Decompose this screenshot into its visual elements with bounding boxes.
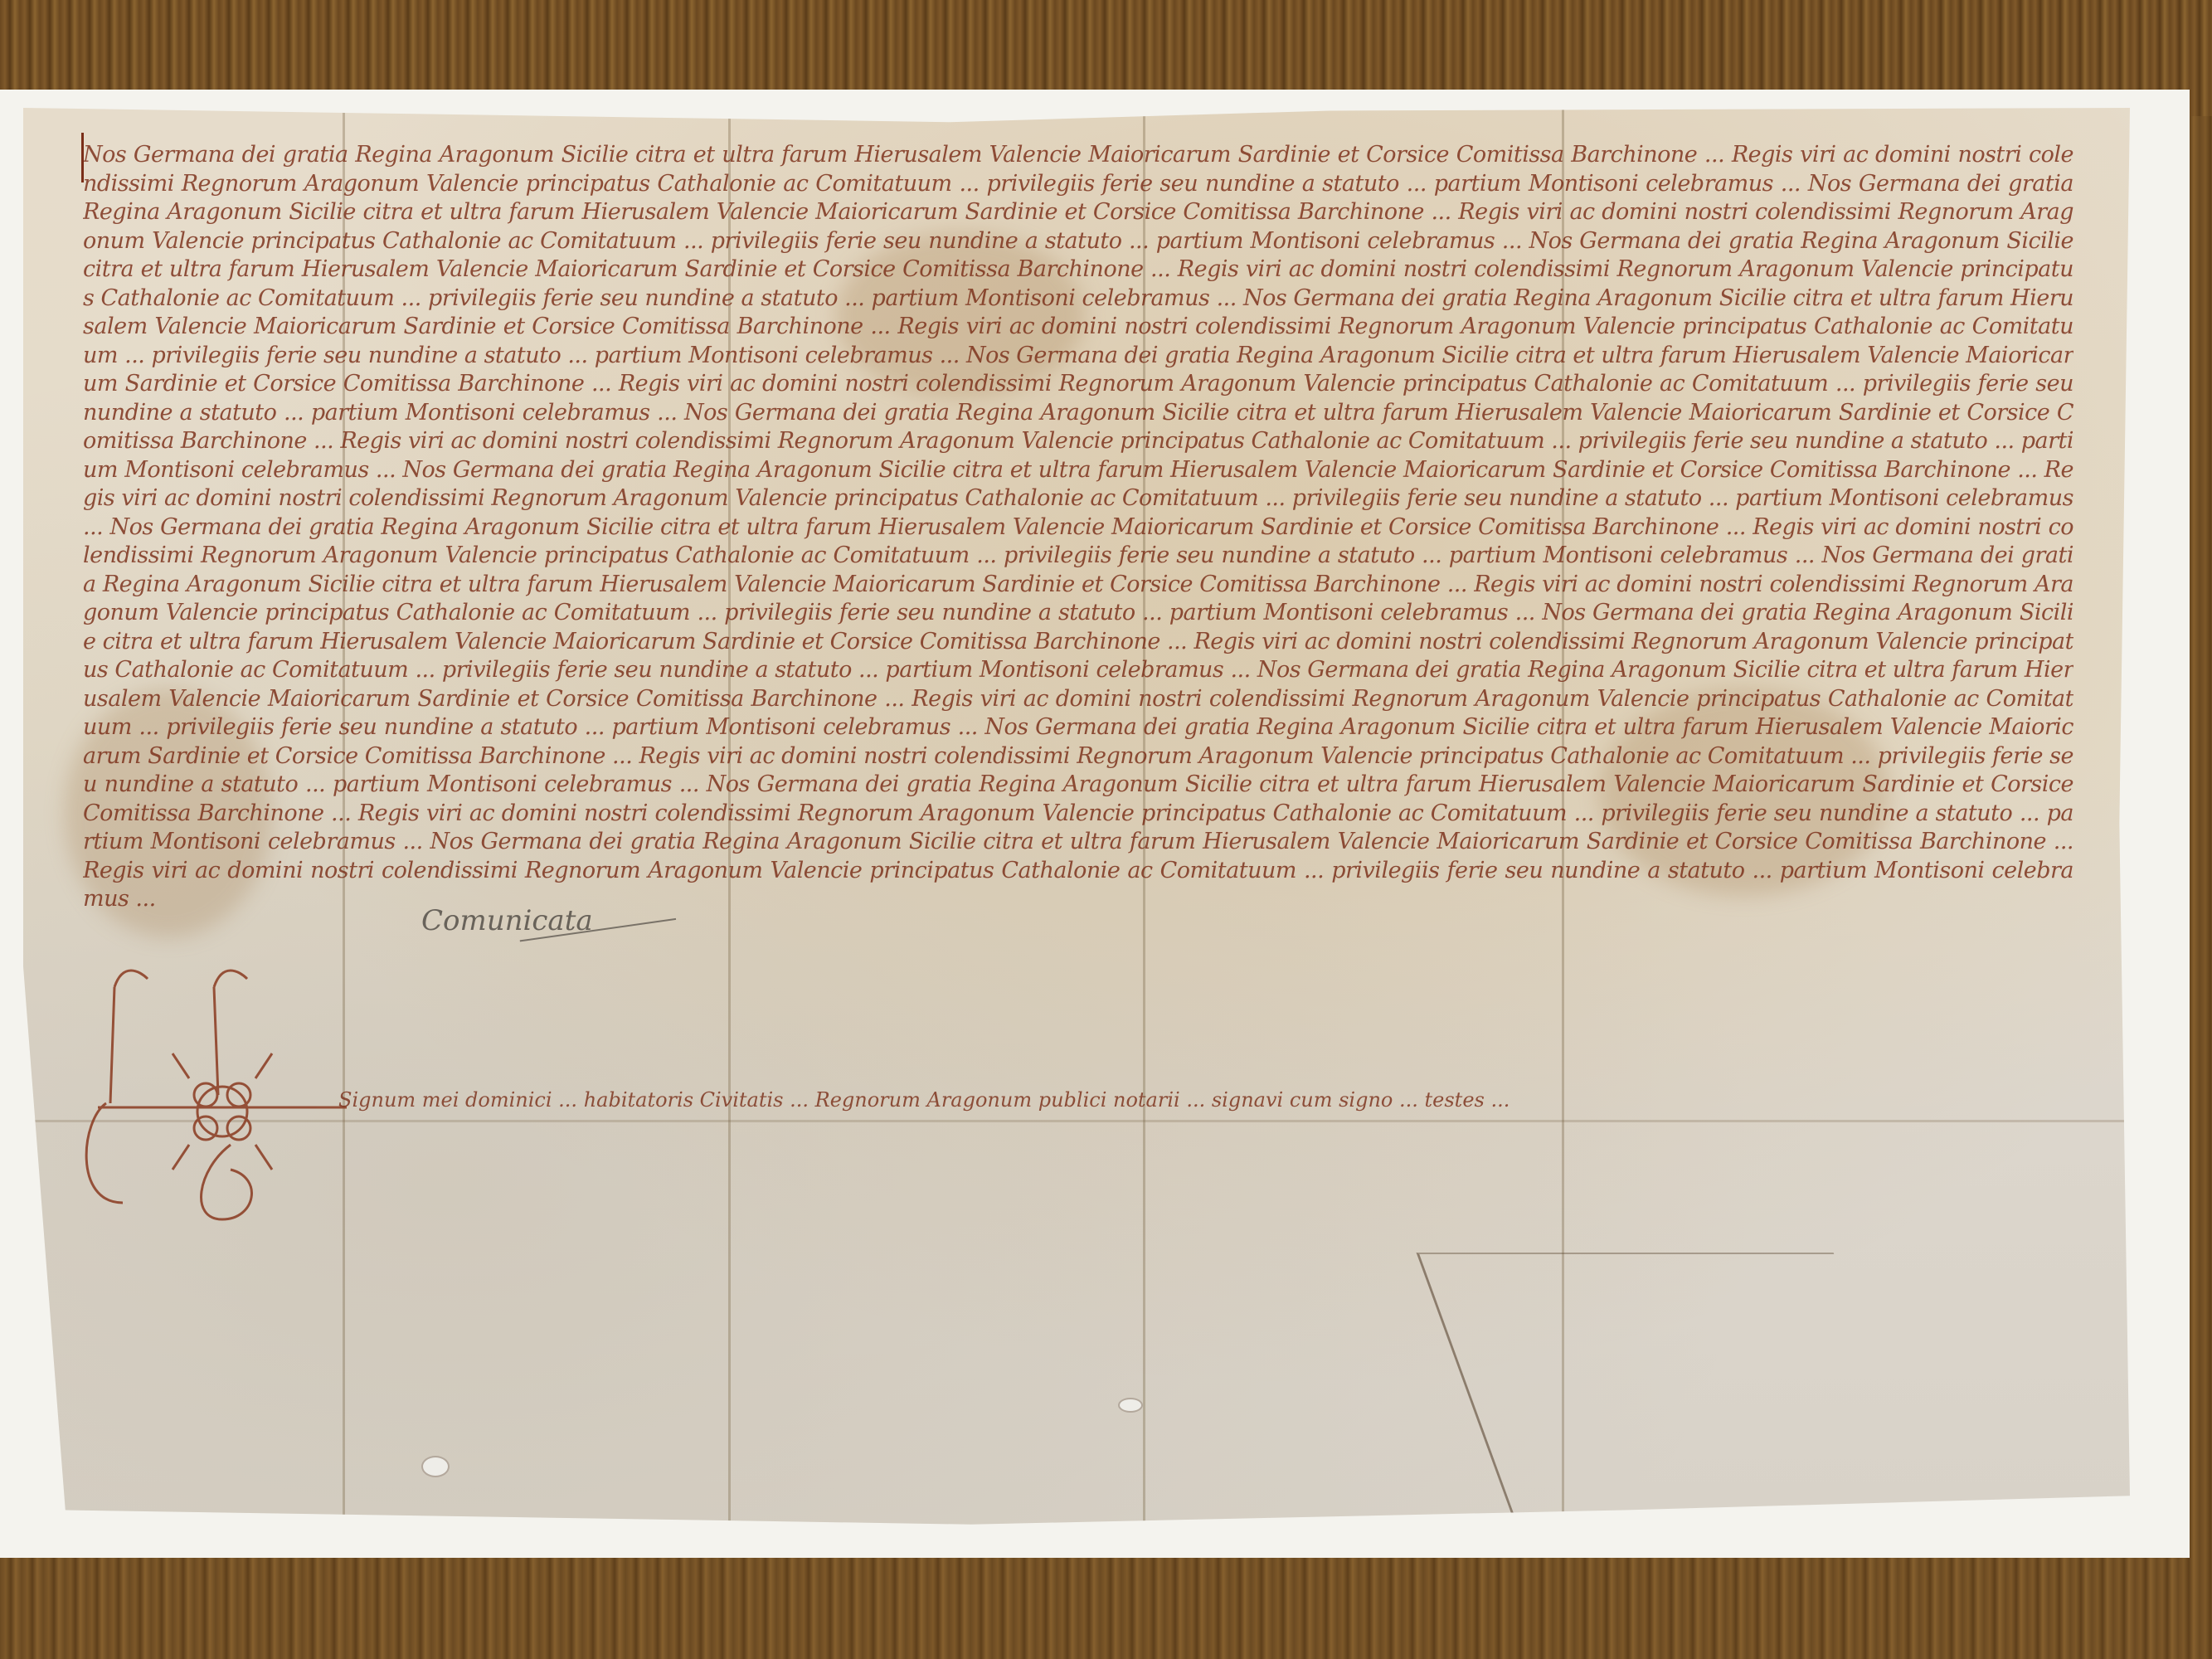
- notarial-signum-icon: [65, 954, 363, 1228]
- parchment-hole: [421, 1456, 450, 1477]
- notarial-signum-text: Signum mei dominici ... habitatoris Civi…: [338, 1087, 1914, 1113]
- charter-body-text: Nos Germana dei gratia Regina Aragonum S…: [83, 141, 2073, 912]
- parchment-hole: [1118, 1398, 1143, 1413]
- registry-note: Comunicata: [421, 904, 593, 937]
- parchment-tear: [1417, 1253, 1934, 1528]
- parchment-document: Nos Germana dei gratia Regina Aragonum S…: [23, 108, 2130, 1539]
